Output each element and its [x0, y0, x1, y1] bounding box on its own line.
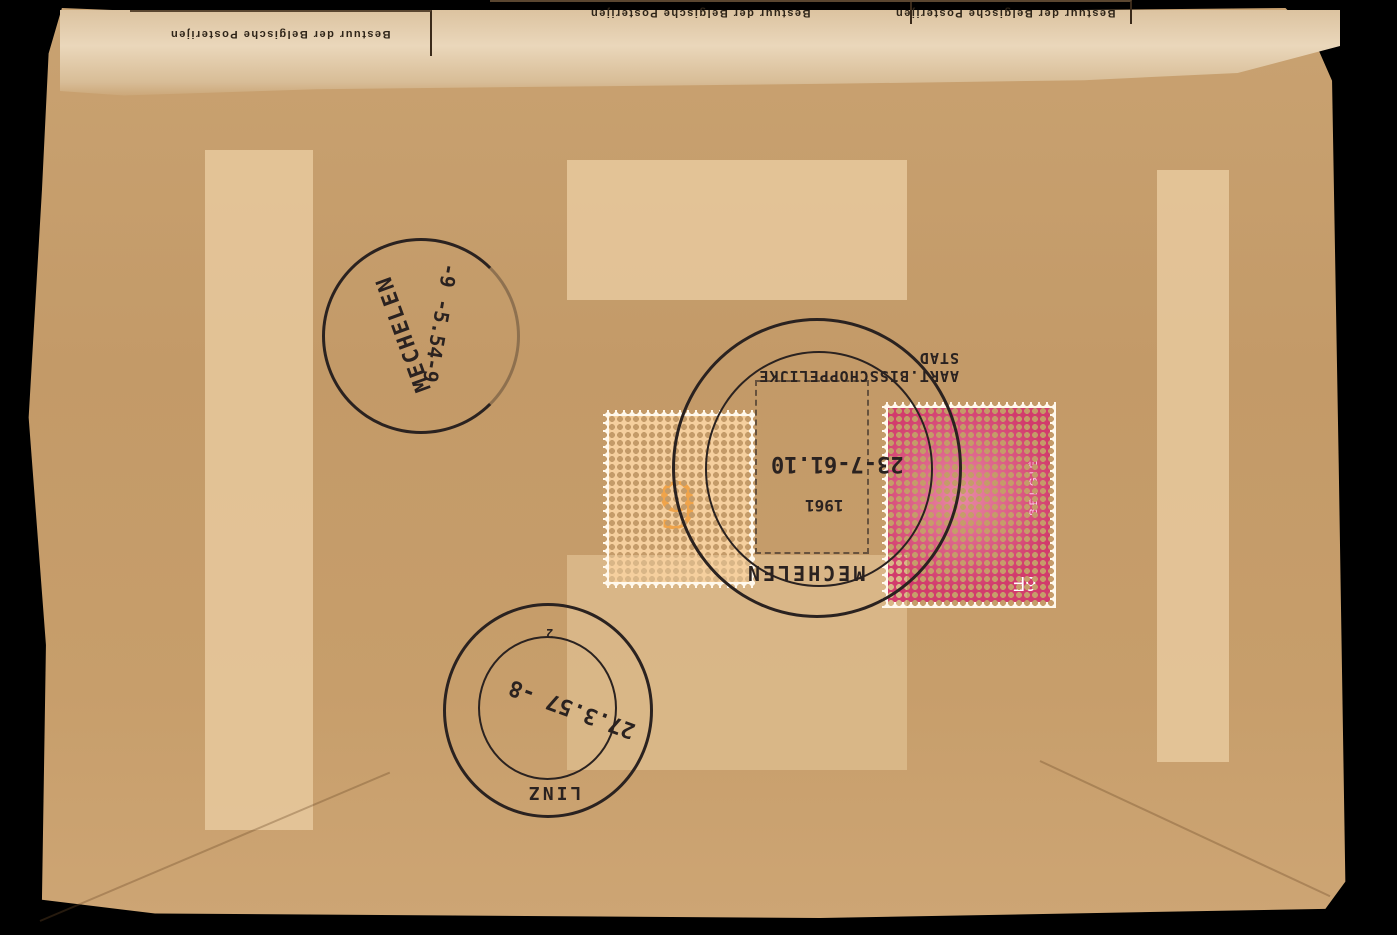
stamp-country: BELGIË	[1028, 458, 1040, 516]
postmark-linz: LINZ 27.3.57 -8 2	[443, 603, 653, 818]
postmark-code: 2	[546, 626, 553, 640]
postmark-date: -9 -5.54-9	[418, 262, 463, 385]
paper-strip-right	[1157, 170, 1229, 762]
tape-label: Bestuur der Belgische Posterijen	[130, 10, 432, 56]
tape-label: Bestuur der Belgische Posterijen	[490, 0, 912, 24]
paper-strip-center-top	[567, 160, 907, 300]
tape-label: Bestuur der Belgische Posterijen	[880, 0, 1132, 24]
postmark-date: 23-7-61.10	[771, 451, 903, 476]
postmark-year: 1961	[805, 496, 844, 515]
postmark-city: MECHELEN	[745, 561, 865, 585]
stamp-value: 6F	[1013, 571, 1036, 594]
postmark-mechelen-2: AART.BISSCHOPPELIJKE STAD MECHELEN 23-7-…	[672, 318, 962, 618]
paper-strip-left	[205, 150, 313, 830]
postmark-top-text: AART.BISSCHOPPELIJKE STAD	[745, 349, 959, 385]
postmark-mechelen-1: MECHELEN -9 -5.54-9	[322, 238, 520, 434]
postmark-city: LINZ	[526, 782, 581, 803]
